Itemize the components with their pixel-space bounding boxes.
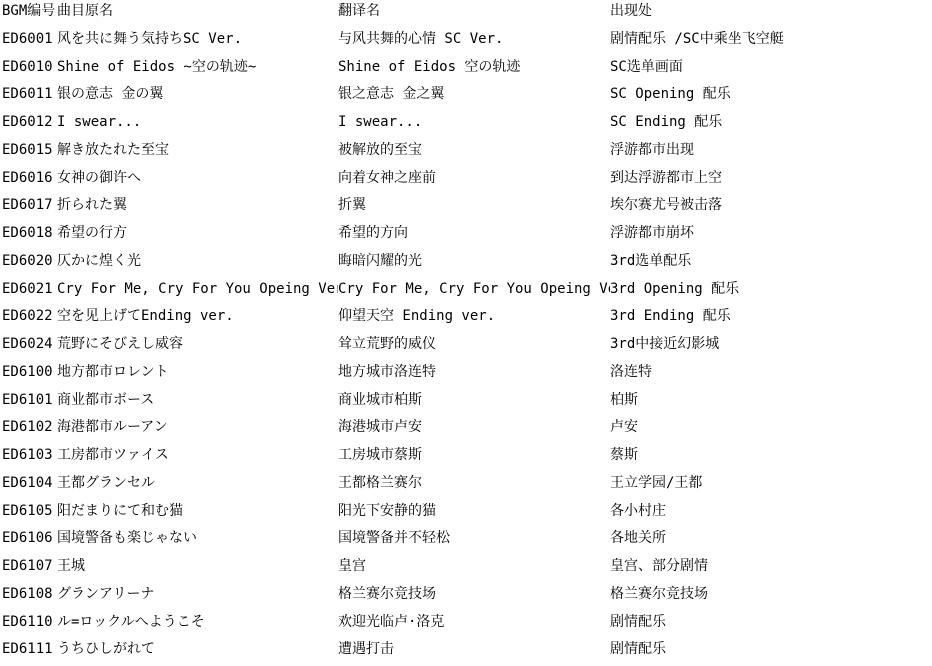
bgm-id-cell: ED6108 [0,583,57,604]
appearance-cell: 剧情配乐 /SC中乘坐飞空艇 [610,28,932,49]
original-title-cell: 女神の御许へ [57,167,338,188]
original-title-cell: I swear... [57,111,338,132]
table-row: ED6102海港都市ルーアン海港城市卢安卢安 [0,416,932,444]
translated-title-cell: 海港城市卢安 [338,416,610,437]
bgm-id-cell: ED6110 [0,611,57,632]
translated-title-cell: 欢迎光临卢·洛克 [338,611,610,632]
bgm-id-cell: ED6017 [0,194,57,215]
appearance-cell: 浮游都市崩坏 [610,222,932,243]
appearance-cell: 王立学园/王都 [610,472,932,493]
original-title-cell: うちひしがれて [57,638,338,659]
appearance-cell: 3rd Ending 配乐 [610,305,932,326]
table-row: ED6111うちひしがれて遭遇打击剧情配乐 [0,638,932,666]
bgm-id-cell: ED6024 [0,333,57,354]
translated-title-cell: 晦暗闪耀的光 [338,250,610,271]
translated-title-cell: 王都格兰赛尔 [338,472,610,493]
table-header-row: BGM编号 曲目原名 翻译名 出现处 [0,0,932,28]
translated-title-cell: 仰望天空 Ending ver. [338,305,610,326]
table-row: ED6018希望の行方希望的方向浮游都市崩坏 [0,222,932,250]
translated-title-cell: Shine of Eidos 空の轨迹 [338,56,610,77]
bgm-id-cell: ED6020 [0,250,57,271]
appearance-cell: SC选单画面 [610,56,932,77]
original-title-cell: 王城 [57,555,338,576]
original-title-cell: 王都グランセル [57,472,338,493]
original-title-cell: 银の意志 金の翼 [57,83,338,104]
column-header-translated-title: 翻译名 [338,0,610,21]
translated-title-cell: 希望的方向 [338,222,610,243]
appearance-cell: 各地关所 [610,527,932,548]
bgm-id-cell: ED6104 [0,472,57,493]
appearance-cell: 剧情配乐 [610,638,932,659]
table-row: ED6022空を见上げてEnding ver.仰望天空 Ending ver.3… [0,305,932,333]
appearance-cell: SC Ending 配乐 [610,111,932,132]
bgm-id-cell: ED6111 [0,638,57,659]
appearance-cell: 3rd中接近幻影城 [610,333,932,354]
appearance-cell: 3rd选单配乐 [610,250,932,271]
table-row: ED6101商业都市ボース商业城市柏斯柏斯 [0,389,932,417]
table-row: ED6108グランアリーナ格兰赛尔竞技场格兰赛尔竞技场 [0,583,932,611]
translated-title-cell: 国境警备并不轻松 [338,527,610,548]
appearance-cell: 格兰赛尔竞技场 [610,583,932,604]
bgm-track-table: BGM编号 曲目原名 翻译名 出现处 ED6001风を共に舞う気持ちSC Ver… [0,0,932,666]
table-row: ED6021Cry For Me, Cry For You Opeing Ver… [0,278,932,306]
appearance-cell: 蔡斯 [610,444,932,465]
bgm-id-cell: ED6016 [0,167,57,188]
appearance-cell: 浮游都市出现 [610,139,932,160]
appearance-cell: 卢安 [610,416,932,437]
bgm-id-cell: ED6106 [0,527,57,548]
bgm-id-cell: ED6012 [0,111,57,132]
appearance-cell: 柏斯 [610,389,932,410]
bgm-id-cell: ED6011 [0,83,57,104]
table-body: ED6001风を共に舞う気持ちSC Ver.与风共舞的心情 SC Ver.剧情配… [0,28,932,666]
table-row: ED6104王都グランセル王都格兰赛尔王立学园/王都 [0,472,932,500]
translated-title-cell: 皇宫 [338,555,610,576]
translated-title-cell: 格兰赛尔竞技场 [338,583,610,604]
translated-title-cell: 向着女神之座前 [338,167,610,188]
table-row: ED6017折られた翼折翼埃尔赛尤号被击落 [0,194,932,222]
table-row: ED6107王城皇宫皇宫、部分剧情 [0,555,932,583]
table-row: ED6020仄かに煌く光晦暗闪耀的光3rd选单配乐 [0,250,932,278]
original-title-cell: 解き放たれた至宝 [57,139,338,160]
table-row: ED6106国境警备も楽じゃない国境警备并不轻松各地关所 [0,527,932,555]
translated-title-cell: 银之意志 金之翼 [338,83,610,104]
bgm-id-cell: ED6105 [0,500,57,521]
bgm-id-cell: ED6010 [0,56,57,77]
original-title-cell: 商业都市ボース [57,389,338,410]
bgm-id-cell: ED6018 [0,222,57,243]
original-title-cell: Cry For Me, Cry For You Opeing Ver. [57,278,338,299]
original-title-cell: 仄かに煌く光 [57,250,338,271]
original-title-cell: ル=ロックルへようこそ [57,611,338,632]
translated-title-cell: 工房城市蔡斯 [338,444,610,465]
appearance-cell: 剧情配乐 [610,611,932,632]
column-header-appearance: 出现处 [610,0,932,21]
original-title-cell: 地方都市ロレント [57,361,338,382]
translated-title-cell: 折翼 [338,194,610,215]
table-row: ED6105阳だまりにて和む猫阳光下安静的猫各小村庄 [0,500,932,528]
original-title-cell: 海港都市ルーアン [57,416,338,437]
original-title-cell: 折られた翼 [57,194,338,215]
original-title-cell: 国境警备も楽じゃない [57,527,338,548]
appearance-cell: SC Opening 配乐 [610,83,932,104]
table-row: ED6016女神の御许へ向着女神之座前到达浮游都市上空 [0,167,932,195]
bgm-id-cell: ED6103 [0,444,57,465]
column-header-original-title: 曲目原名 [57,0,338,21]
bgm-id-cell: ED6001 [0,28,57,49]
bgm-id-cell: ED6107 [0,555,57,576]
original-title-cell: 希望の行方 [57,222,338,243]
appearance-cell: 皇宫、部分剧情 [610,555,932,576]
original-title-cell: 工房都市ツァイス [57,444,338,465]
table-row: ED6024荒野にそびえし威容耸立荒野的威仪3rd中接近幻影城 [0,333,932,361]
translated-title-cell: 遭遇打击 [338,638,610,659]
original-title-cell: 阳だまりにて和む猫 [57,500,338,521]
bgm-id-cell: ED6101 [0,389,57,410]
translated-title-cell: 耸立荒野的威仪 [338,333,610,354]
bgm-id-cell: ED6022 [0,305,57,326]
translated-title-cell: 商业城市柏斯 [338,389,610,410]
table-row: ED6015解き放たれた至宝被解放的至宝浮游都市出现 [0,139,932,167]
table-row: ED6100地方都市ロレント地方城市洛连特洛连特 [0,361,932,389]
bgm-id-cell: ED6015 [0,139,57,160]
original-title-cell: Shine of Eidos ~空の轨迹~ [57,56,338,77]
appearance-cell: 各小村庄 [610,500,932,521]
translated-title-cell: 被解放的至宝 [338,139,610,160]
translated-title-cell: Cry For Me, Cry For You Opeing Ver. [338,278,610,299]
bgm-id-cell: ED6100 [0,361,57,382]
appearance-cell: 洛连特 [610,361,932,382]
appearance-cell: 到达浮游都市上空 [610,167,932,188]
bgm-id-cell: ED6102 [0,416,57,437]
translated-title-cell: 阳光下安静的猫 [338,500,610,521]
bgm-id-cell: ED6021 [0,278,57,299]
original-title-cell: 空を见上げてEnding ver. [57,305,338,326]
translated-title-cell: 与风共舞的心情 SC Ver. [338,28,610,49]
appearance-cell: 3rd Opening 配乐 [610,278,932,299]
table-row: ED6001风を共に舞う気持ちSC Ver.与风共舞的心情 SC Ver.剧情配… [0,28,932,56]
table-row: ED6012I swear...I swear...SC Ending 配乐 [0,111,932,139]
original-title-cell: 荒野にそびえし威容 [57,333,338,354]
translated-title-cell: I swear... [338,111,610,132]
table-row: ED6110ル=ロックルへようこそ欢迎光临卢·洛克剧情配乐 [0,611,932,639]
table-row: ED6011银の意志 金の翼银之意志 金之翼SC Opening 配乐 [0,83,932,111]
translated-title-cell: 地方城市洛连特 [338,361,610,382]
table-row: ED6103工房都市ツァイス工房城市蔡斯蔡斯 [0,444,932,472]
original-title-cell: グランアリーナ [57,583,338,604]
table-row: ED6010Shine of Eidos ~空の轨迹~Shine of Eido… [0,56,932,84]
appearance-cell: 埃尔赛尤号被击落 [610,194,932,215]
column-header-bgm-id: BGM编号 [0,0,57,21]
original-title-cell: 风を共に舞う気持ちSC Ver. [57,28,338,49]
